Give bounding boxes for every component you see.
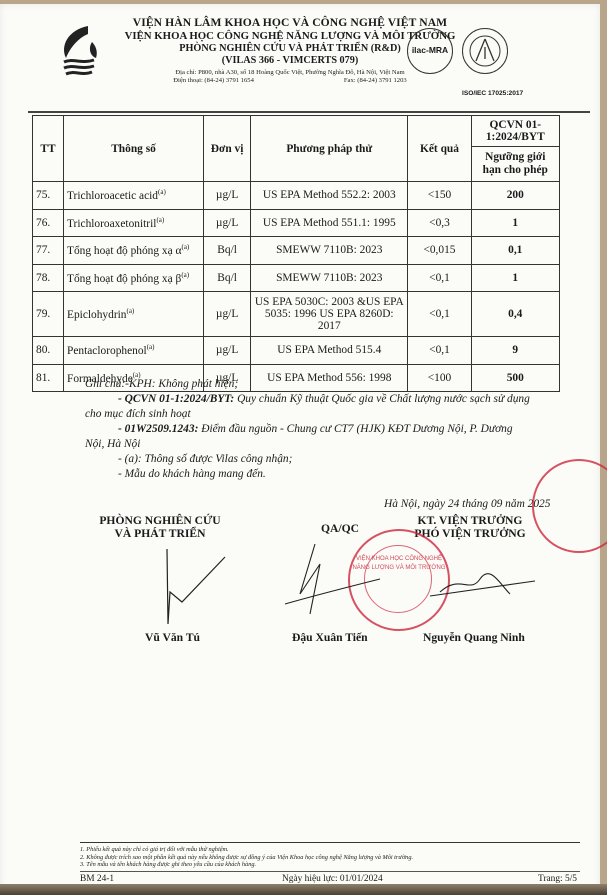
signer-name-1: Vũ Văn Tú — [145, 631, 200, 644]
footer-notes: 1. Phiếu kết quả này chỉ có giá trị đối … — [80, 846, 413, 869]
page-edge-shadow — [0, 884, 607, 895]
page-number: Trang: 5/5 — [538, 874, 577, 884]
signer-name-3: Nguyễn Quang Ninh — [423, 631, 525, 644]
signatures-icon — [0, 4, 600, 704]
footer-divider — [80, 842, 580, 843]
signer-name-2: Đậu Xuân Tiến — [292, 631, 368, 644]
form-code: BM 24-1 — [80, 874, 114, 884]
document-page: VIỆN HÀN LÂM KHOA HỌC VÀ CÔNG NGHỆ VIỆT … — [0, 4, 600, 895]
effective-date: Ngày hiệu lực: 01/01/2024 — [282, 874, 383, 884]
footer-bar — [80, 871, 580, 872]
